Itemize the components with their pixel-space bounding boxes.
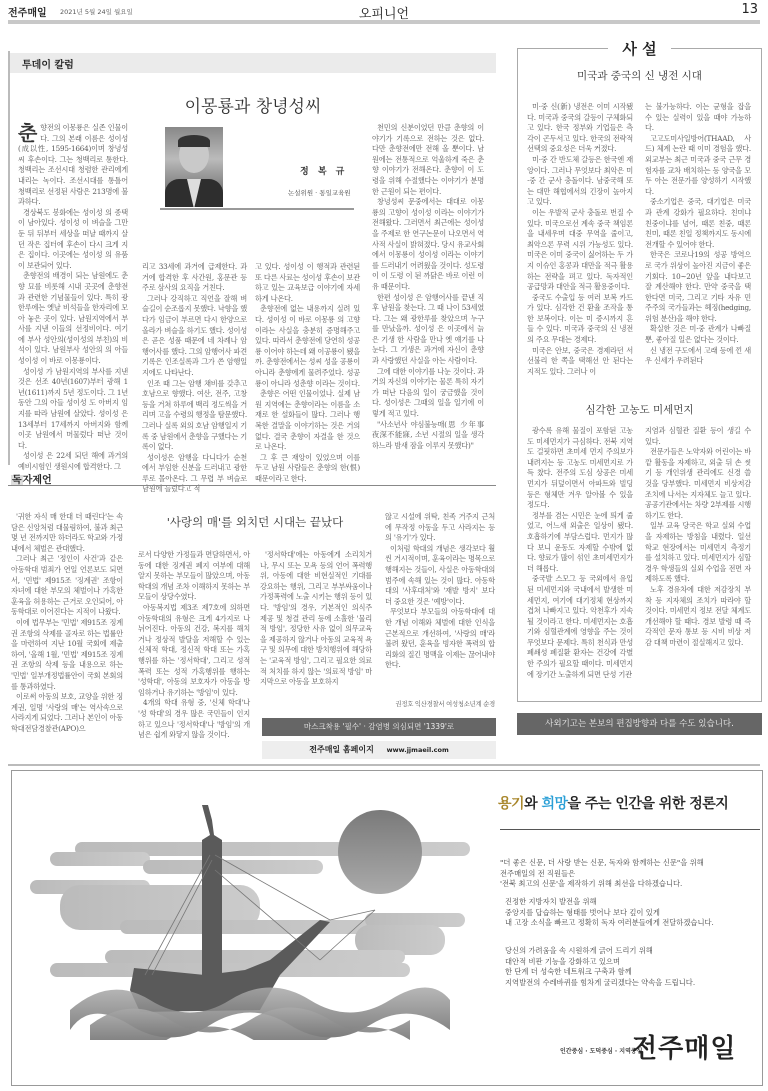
today-column-label: 투데이 칼럼 xyxy=(22,56,74,71)
homepage-label: 전주매일 홈페이지 xyxy=(309,745,374,754)
ad-logo: 전주매일 xyxy=(632,1028,736,1065)
header-rule xyxy=(8,20,760,24)
author-rule xyxy=(160,208,354,210)
page-number: 13 xyxy=(741,2,758,17)
ad-headline: 용기와 희망을 주는 인간을 위한 정론지 xyxy=(498,793,728,813)
reader-column-headline: '사랑의 매'를 외치던 시대는 끝났다 xyxy=(140,514,370,530)
editorial-headline-1: 미국과 중국의 신 냉전 시대 xyxy=(517,68,762,83)
author-role: 논설위원 · 통일교육원 xyxy=(288,188,351,197)
ad-headline-rule xyxy=(500,829,760,830)
homepage-url[interactable]: www.jjmaeil.com xyxy=(387,746,449,754)
ad-paragraph-3: 당신의 가려움을 속 시원하게 긁어 드리기 위해대안적 비판 기능을 강화하고… xyxy=(505,946,762,988)
dropcap: 춘 xyxy=(18,123,37,143)
reader-column-label: 독자제언 xyxy=(11,471,52,486)
today-col3: 고 있다. 성이성 이 행적과 관련된 또 다른 사료는 성이성 후손이 보관하… xyxy=(255,262,360,484)
reader-label-rule xyxy=(8,485,496,486)
mask-notice-banner: 마스크착용 '필수' · 감염병 의심되면 '1339'로 xyxy=(262,718,496,736)
today-column-bar xyxy=(10,53,496,73)
today-col4: 천민의 신분이었던 만큼 춘향의 이야기가 기록으로 전하는 것은 없다. 다만… xyxy=(372,123,484,451)
reader-col3: '정서학대'에는 아동에게 소리치거나, 무시 또는 모욕 등의 언어 폭력행위… xyxy=(260,550,372,688)
reader-col1: '귀한 자식 매 한대 더 때린다'는 속담은 신앙처럼 대물림하여, 불과 최… xyxy=(11,512,123,734)
reader-col2: 로서 다양한 가정들과 면담하면서, 아동에 대한 징계권 폐지 여부에 대해 … xyxy=(138,550,250,741)
ad-paragraph-1: "더 좋은 신문, 더 사랑 받는 신문, 독자와 함께하는 신문"을 위해 전… xyxy=(500,858,762,890)
author-name: 정 복 규 xyxy=(300,164,347,177)
ship-illustration xyxy=(30,800,470,1040)
ad-slogan: 인간중심 · 도덕중심 · 지역중심 xyxy=(560,1046,642,1055)
today-col1: 춘향전의 이몽룡은 실존 인물이다. 그의 본래 이름은 성이성(成以性, 15… xyxy=(18,123,128,473)
today-col2: 리고 33세에 과거에 급제한다. 과거에 합격한 후 사간원, 홍문관 등 주… xyxy=(142,262,247,495)
ad-divider xyxy=(8,764,760,766)
today-column-headline: 이몽룡과 창녕성씨 xyxy=(10,92,496,117)
disclaimer-banner: 사외기고는 본보의 편집방향과 다를 수도 있습니다. xyxy=(517,713,762,735)
editorial1-col1: 미·중 신(新) 냉전은 이미 시작됐다. 미국과 중국의 갈등이 구체화되고 … xyxy=(527,102,633,377)
ad-paragraph-2: 진정한 지방자치 발전을 위해중앙지를 답습하는 형태를 벗어나 보다 깊이 있… xyxy=(505,897,762,929)
editorial2-col2: 지염과 심혈관 질환 등이 생길 수 있다. 전문가들은 노약자와 어린이는 바… xyxy=(645,426,751,648)
reader-col4: 않고 시설에 위탁, 친족 거주지 근처에 무작정 아동을 두고 사라지는 등의… xyxy=(385,512,495,671)
editorial1-col2: 는 불가능하다. 이는 균형을 잡을 수 있는 실력이 있을 때야 가능하다. … xyxy=(645,102,751,367)
editorial-headline-2: 심각한 고농도 미세먼지 xyxy=(517,402,762,417)
editorial2-col1: 광수록 유해 물질이 포함된 고농도 미세먼지가 극심하다. 전북 지역도 걸핏… xyxy=(527,426,633,680)
author-photo xyxy=(165,127,223,207)
reader-signature: 권정호 익산경찰서 여성청소년계 순경 xyxy=(385,700,495,711)
homepage-banner[interactable]: 전주매일 홈페이지 www.jjmaeil.com xyxy=(262,741,496,759)
editorial-label: 사 설 xyxy=(517,38,762,59)
